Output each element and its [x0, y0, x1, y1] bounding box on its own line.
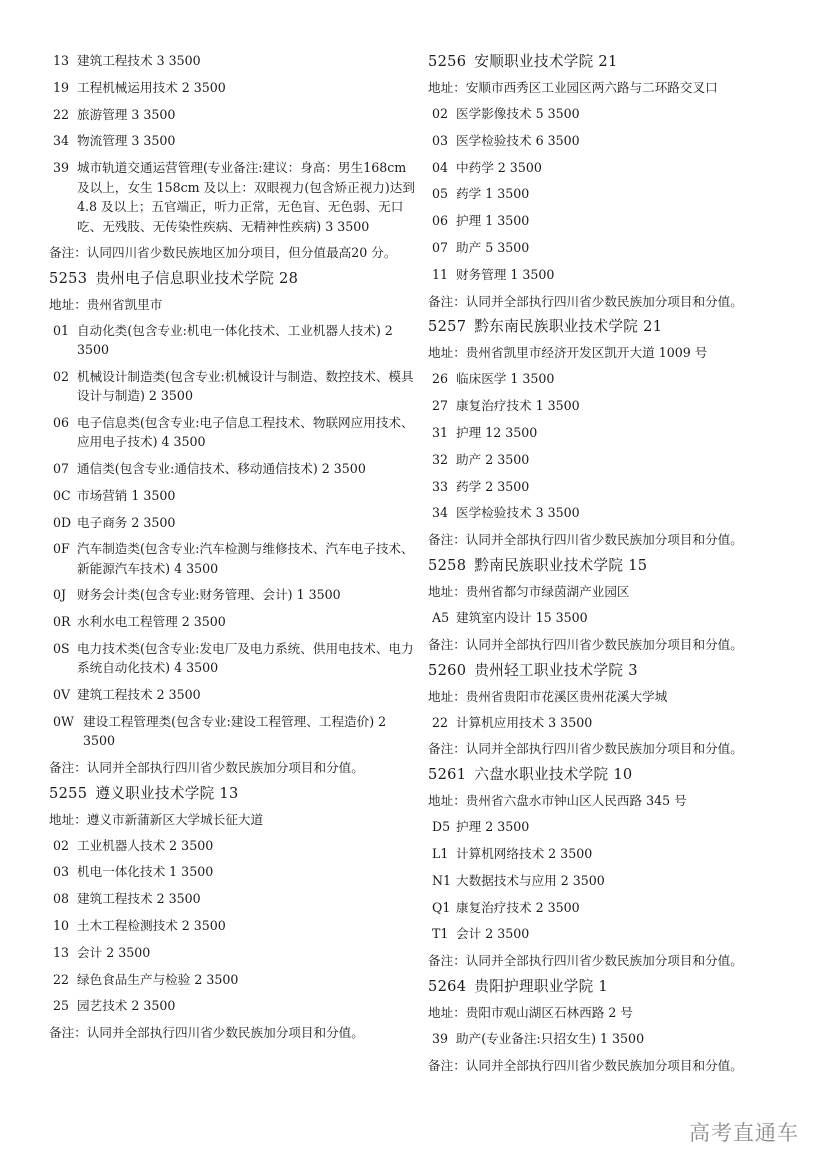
school-id: 5257: [428, 318, 466, 335]
major-item: 39城市轨道交通运营管理(专业备注:建议：身高：男生168cm 及以上，女生 1…: [49, 155, 417, 240]
major-code: 06: [49, 410, 77, 456]
major-item: 08建筑工程技术 2 3500: [49, 886, 417, 913]
major-item: 34物流管理 3 3500: [49, 128, 417, 155]
major-text: 电子商务 2 3500: [77, 510, 417, 537]
major-code: N1: [428, 868, 456, 895]
major-text: 药学 1 3500: [456, 181, 800, 208]
major-item: 31护理 12 3500: [428, 420, 800, 447]
major-code: 31: [428, 420, 456, 447]
major-code: Q1: [428, 895, 456, 922]
major-item: 10土木工程检测技术 2 3500: [49, 913, 417, 940]
major-code: 32: [428, 447, 456, 474]
major-text: 绿色食品生产与检验 2 3500: [77, 967, 417, 994]
major-code: 27: [428, 393, 456, 420]
school-name: 贵州轻工职业技术学院 3: [474, 662, 637, 679]
major-code: A5: [428, 605, 456, 632]
major-item: 22旅游管理 3 3500: [49, 102, 417, 129]
major-item: 25园艺技术 2 3500: [49, 993, 417, 1020]
major-item: 22绿色食品生产与检验 2 3500: [49, 967, 417, 994]
school-title: 5255遵义职业技术学院 13: [49, 780, 417, 807]
major-text: 助产 2 3500: [456, 447, 800, 474]
school-section-5264: 5264贵阳护理职业学院 1 地址：贵阳市观山湖区石林西路 2 号 39助产(专…: [428, 973, 800, 1078]
major-code: 39: [49, 155, 77, 240]
major-item: 32助产 2 3500: [428, 447, 800, 474]
school-id: 5258: [428, 557, 466, 574]
major-text: 水利水电工程管理 2 3500: [77, 609, 417, 636]
major-code: 19: [49, 75, 77, 102]
major-item: 06电子信息类(包含专业:电子信息工程技术、物联网应用技术、应用电子技术) 4 …: [49, 410, 417, 456]
major-item: 0S电力技术类(包含专业:发电厂及电力系统、供用电技术、电力系统自动化技术) 4…: [49, 636, 417, 682]
major-text: 计算机网络技术 2 3500: [456, 841, 800, 868]
school-id: 5255: [49, 785, 87, 802]
major-text: 电子信息类(包含专业:电子信息工程技术、物联网应用技术、应用电子技术) 4 35…: [77, 410, 417, 456]
major-text: 财务管理 1 3500: [456, 262, 800, 289]
school-address: 地址：贵州省凯里市: [49, 292, 417, 318]
major-text: 医学检验技术 6 3500: [456, 128, 800, 155]
school-address: 地址：贵阳市观山湖区石林西路 2 号: [428, 1000, 800, 1026]
major-code: 02: [428, 101, 456, 128]
school-id: 5264: [428, 978, 466, 995]
major-text: 通信类(包含专业:通信技术、移动通信技术) 2 3500: [77, 456, 417, 483]
school-name: 贵阳护理职业学院 1: [474, 978, 608, 995]
major-text: 建筑工程技术 2 3500: [77, 682, 417, 709]
major-text: 大数据技术与应用 2 3500: [456, 868, 800, 895]
major-text: 会计 2 3500: [77, 940, 417, 967]
major-item: 07通信类(包含专业:通信技术、移动通信技术) 2 3500: [49, 456, 417, 483]
major-text: 建筑工程技术 3 3500: [77, 48, 417, 75]
right-column: 5256安顺职业技术学院 21 地址：安顺市西秀区工业园区两六路与二环路交叉口 …: [428, 48, 800, 1078]
major-text: 助产 5 3500: [456, 235, 800, 262]
major-code: 13: [49, 940, 77, 967]
school-name: 安顺职业技术学院 21: [474, 53, 617, 70]
major-text: 机电一体化技术 1 3500: [77, 859, 417, 886]
major-code: 39: [428, 1026, 456, 1053]
major-text: 康复治疗技术 2 3500: [456, 895, 800, 922]
major-item: 0J财务会计类(包含专业:财务管理、会计) 1 3500: [49, 582, 417, 609]
major-item: 22计算机应用技术 3 3500: [428, 710, 800, 737]
major-text: 中药学 2 3500: [456, 155, 800, 182]
school-note: 备注：认同并全部执行四川省少数民族加分项目和分值。: [428, 632, 800, 657]
major-text: 汽车制造类(包含专业:汽车检测与维修技术、汽车电子技术、新能源汽车技术) 4 3…: [77, 536, 417, 582]
major-code: 08: [49, 886, 77, 913]
major-text: 市场营销 1 3500: [77, 483, 417, 510]
major-text: 物流管理 3 3500: [77, 128, 417, 155]
major-code: 0J: [49, 582, 77, 609]
major-item: D5护理 2 3500: [428, 814, 800, 841]
school-address: 地址：贵州省六盘水市钟山区人民西路 345 号: [428, 788, 800, 814]
school-note: 备注：认同并全部执行四川省少数民族加分项目和分值。: [428, 527, 800, 552]
watermark: 高考直通车: [689, 1117, 799, 1147]
major-item: 06护理 1 3500: [428, 208, 800, 235]
major-code: 04: [428, 155, 456, 182]
school-id: 5260: [428, 662, 466, 679]
major-text: 建筑室内设计 15 3500: [456, 605, 800, 632]
major-text: 护理 1 3500: [456, 208, 800, 235]
major-item: 01自动化类(包含专业:机电一体化技术、工业机器人技术) 2 3500: [49, 318, 417, 364]
major-text: 土木工程检测技术 2 3500: [77, 913, 417, 940]
major-code: 0R: [49, 609, 77, 636]
major-item: 27康复治疗技术 1 3500: [428, 393, 800, 420]
major-code: 10: [49, 913, 77, 940]
school-title: 5256安顺职业技术学院 21: [428, 48, 800, 75]
major-text: 旅游管理 3 3500: [77, 102, 417, 129]
major-code: 26: [428, 366, 456, 393]
major-item: 0C市场营销 1 3500: [49, 483, 417, 510]
major-item: 11财务管理 1 3500: [428, 262, 800, 289]
school-section-5253: 5253贵州电子信息职业技术学院 28 地址：贵州省凯里市 01自动化类(包含专…: [49, 265, 417, 780]
school-section-5256: 5256安顺职业技术学院 21 地址：安顺市西秀区工业园区两六路与二环路交叉口 …: [428, 48, 800, 313]
major-code: 05: [428, 181, 456, 208]
major-text: 医学影像技术 5 3500: [456, 101, 800, 128]
major-item: 03医学检验技术 6 3500: [428, 128, 800, 155]
major-text: 工程机械运用技术 2 3500: [77, 75, 417, 102]
major-text: 护理 12 3500: [456, 420, 800, 447]
major-item: 04中药学 2 3500: [428, 155, 800, 182]
school-note: 备注：认同并全部执行四川省少数民族加分项目和分值。: [49, 755, 417, 780]
school-title: 5264贵阳护理职业学院 1: [428, 973, 800, 1000]
school-name: 六盘水职业技术学院 10: [474, 766, 632, 783]
school-note: 备注：认同并全部执行四川省少数民族加分项目和分值。: [428, 948, 800, 973]
school-section-5261: 5261六盘水职业技术学院 10 地址：贵州省六盘水市钟山区人民西路 345 号…: [428, 761, 800, 973]
major-item: 33药学 2 3500: [428, 474, 800, 501]
school-note: 备注：认同并全部执行四川省少数民族加分项目和分值。: [428, 1053, 800, 1078]
major-item: N1大数据技术与应用 2 3500: [428, 868, 800, 895]
school-id: 5261: [428, 766, 466, 783]
school-name: 黔南民族职业技术学院 15: [474, 557, 647, 574]
school-address: 地址：安顺市西秀区工业园区两六路与二环路交叉口: [428, 75, 800, 101]
major-item: 02机械设计制造类(包含专业:机械设计与制造、数控技术、模具设计与制造) 2 3…: [49, 364, 417, 410]
major-item: 19工程机械运用技术 2 3500: [49, 75, 417, 102]
school-section-5257: 5257黔东南民族职业技术学院 21 地址：贵州省凯里市经济开发区凯开大道 10…: [428, 313, 800, 552]
major-text: 财务会计类(包含专业:财务管理、会计) 1 3500: [77, 582, 417, 609]
school-address: 地址：遵义市新蒲新区大学城长征大道: [49, 807, 417, 833]
major-text: 建设工程管理类(包含专业:建设工程管理、工程造价) 2 3500: [83, 709, 417, 755]
major-item: 05药学 1 3500: [428, 181, 800, 208]
major-code: 22: [49, 102, 77, 129]
school-section-5260: 5260贵州轻工职业技术学院 3 地址：贵州省贵阳市花溪区贵州花溪大学城 22计…: [428, 657, 800, 762]
major-code: 02: [49, 833, 77, 860]
major-code: 25: [49, 993, 77, 1020]
major-text: 电力技术类(包含专业:发电厂及电力系统、供用电技术、电力系统自动化技术) 4 3…: [77, 636, 417, 682]
school-note: 备注：认同并全部执行四川省少数民族加分项目和分值。: [49, 1020, 417, 1045]
school-section-5255: 5255遵义职业技术学院 13 地址：遵义市新蒲新区大学城长征大道 02工业机器…: [49, 780, 417, 1045]
school-title: 5257黔东南民族职业技术学院 21: [428, 313, 800, 340]
major-item: Q1康复治疗技术 2 3500: [428, 895, 800, 922]
major-code: 0D: [49, 510, 77, 537]
major-text: 康复治疗技术 1 3500: [456, 393, 800, 420]
major-code: 03: [428, 128, 456, 155]
major-code: 0S: [49, 636, 77, 682]
major-item: A5建筑室内设计 15 3500: [428, 605, 800, 632]
major-code: 07: [428, 235, 456, 262]
major-item: 13建筑工程技术 3 3500: [49, 48, 417, 75]
school-name: 遵义职业技术学院 13: [95, 785, 238, 802]
major-item: 13会计 2 3500: [49, 940, 417, 967]
school-address: 地址：贵州省都匀市绿茵湖产业园区: [428, 579, 800, 605]
left-column: 13建筑工程技术 3 3500 19工程机械运用技术 2 3500 22旅游管理…: [49, 48, 417, 1045]
major-text: 自动化类(包含专业:机电一体化技术、工业机器人技术) 2 3500: [77, 318, 417, 364]
major-code: L1: [428, 841, 456, 868]
major-code: 0C: [49, 483, 77, 510]
major-text: 计算机应用技术 3 3500: [456, 710, 800, 737]
major-code: T1: [428, 921, 456, 948]
school-id: 5253: [49, 270, 87, 287]
school-title: 5260贵州轻工职业技术学院 3: [428, 657, 800, 684]
school-section-5258: 5258黔南民族职业技术学院 15 地址：贵州省都匀市绿茵湖产业园区 A5建筑室…: [428, 552, 800, 657]
school-note: 备注：认同四川省少数民族地区加分项目，但分值最高20 分。: [49, 240, 417, 265]
major-code: 11: [428, 262, 456, 289]
major-code: D5: [428, 814, 456, 841]
major-code: 22: [49, 967, 77, 994]
major-code: 0V: [49, 682, 77, 709]
major-code: 02: [49, 364, 77, 410]
major-text: 助产(专业备注:只招女生) 1 3500: [456, 1026, 800, 1053]
major-code: 13: [49, 48, 77, 75]
school-address: 地址：贵州省贵阳市花溪区贵州花溪大学城: [428, 684, 800, 710]
major-text: 会计 2 3500: [456, 921, 800, 948]
major-item: L1计算机网络技术 2 3500: [428, 841, 800, 868]
major-text: 工业机器人技术 2 3500: [77, 833, 417, 860]
major-text: 药学 2 3500: [456, 474, 800, 501]
major-item: 02医学影像技术 5 3500: [428, 101, 800, 128]
major-item: 03机电一体化技术 1 3500: [49, 859, 417, 886]
major-item: 0R水利水电工程管理 2 3500: [49, 609, 417, 636]
major-text: 城市轨道交通运营管理(专业备注:建议：身高：男生168cm 及以上，女生 158…: [77, 155, 417, 240]
major-code: 34: [49, 128, 77, 155]
major-text: 医学检验技术 3 3500: [456, 500, 800, 527]
school-note: 备注：认同并全部执行四川省少数民族加分项目和分值。: [428, 736, 800, 761]
major-item: 0V建筑工程技术 2 3500: [49, 682, 417, 709]
major-text: 建筑工程技术 2 3500: [77, 886, 417, 913]
major-item: 0F汽车制造类(包含专业:汽车检测与维修技术、汽车电子技术、新能源汽车技术) 4…: [49, 536, 417, 582]
school-address: 地址：贵州省凯里市经济开发区凯开大道 1009 号: [428, 340, 800, 366]
major-text: 护理 2 3500: [456, 814, 800, 841]
major-text: 临床医学 1 3500: [456, 366, 800, 393]
major-code: 01: [49, 318, 77, 364]
school-title: 5261六盘水职业技术学院 10: [428, 761, 800, 788]
major-item: 07助产 5 3500: [428, 235, 800, 262]
major-code: 0W: [49, 709, 83, 755]
major-code: 33: [428, 474, 456, 501]
school-id: 5256: [428, 53, 466, 70]
major-item: 0W建设工程管理类(包含专业:建设工程管理、工程造价) 2 3500: [49, 709, 417, 755]
major-code: 07: [49, 456, 77, 483]
school-name: 贵州电子信息职业技术学院 28: [95, 270, 298, 287]
major-item: T1会计 2 3500: [428, 921, 800, 948]
major-text: 园艺技术 2 3500: [77, 993, 417, 1020]
major-item: 26临床医学 1 3500: [428, 366, 800, 393]
school-name: 黔东南民族职业技术学院 21: [474, 318, 662, 335]
major-text: 机械设计制造类(包含专业:机械设计与制造、数控技术、模具设计与制造) 2 350…: [77, 364, 417, 410]
major-code: 0F: [49, 536, 77, 582]
major-item: 02工业机器人技术 2 3500: [49, 833, 417, 860]
major-item: 34医学检验技术 3 3500: [428, 500, 800, 527]
school-note: 备注：认同并全部执行四川省少数民族加分项目和分值。: [428, 289, 800, 314]
major-item: 39助产(专业备注:只招女生) 1 3500: [428, 1026, 800, 1053]
major-code: 06: [428, 208, 456, 235]
major-item: 0D电子商务 2 3500: [49, 510, 417, 537]
major-code: 22: [428, 710, 456, 737]
school-title: 5258黔南民族职业技术学院 15: [428, 552, 800, 579]
school-title: 5253贵州电子信息职业技术学院 28: [49, 265, 417, 292]
major-code: 34: [428, 500, 456, 527]
major-code: 03: [49, 859, 77, 886]
